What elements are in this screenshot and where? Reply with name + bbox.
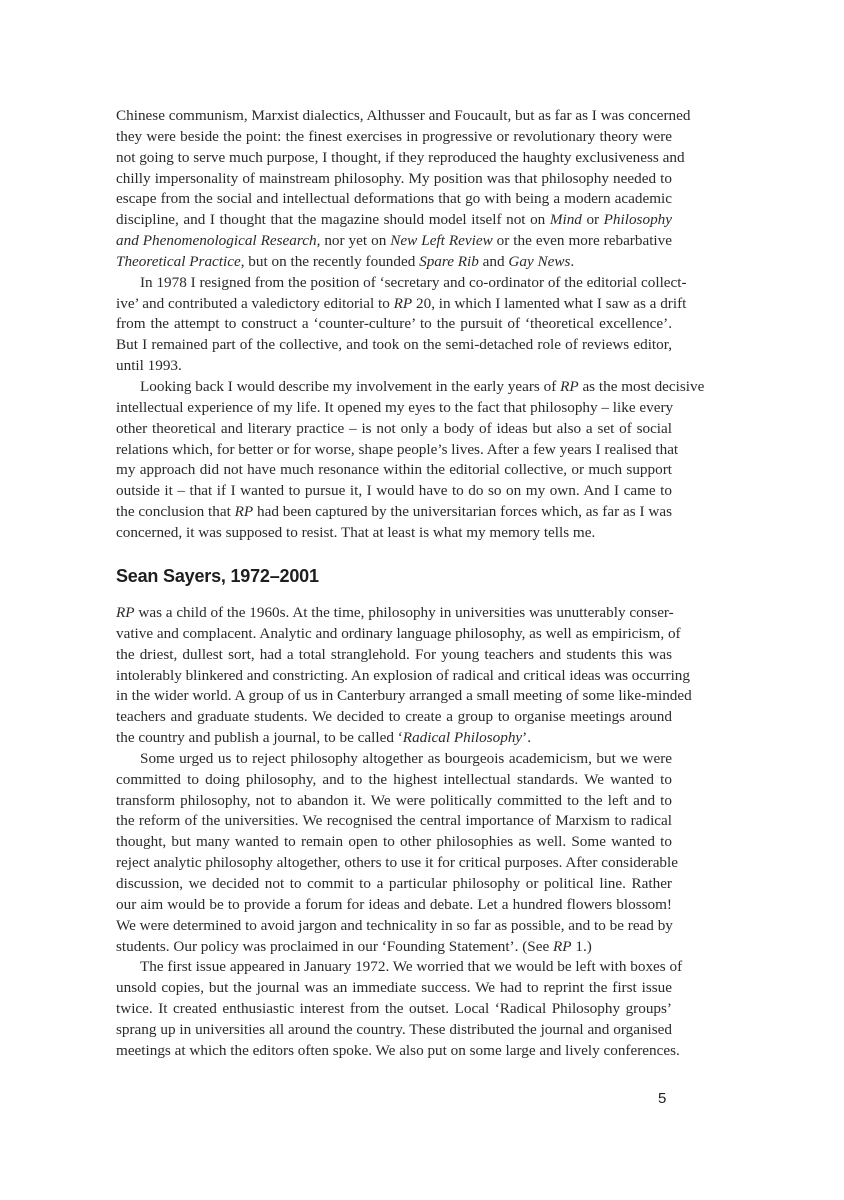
text-line: RP was a child of the 1960s. At the time…	[116, 603, 672, 624]
text-run: , nor yet on	[317, 232, 391, 249]
text-line: meetings at which the editors often spok…	[116, 1041, 672, 1062]
text-run: ive’ and contributed a valedictory edito…	[116, 295, 394, 312]
text-run: the reform of the universities. We recog…	[116, 812, 672, 829]
text-run: students. Our policy was proclaimed in o…	[116, 938, 553, 955]
text-line: in the wider world. A group of us in Can…	[116, 686, 672, 707]
text-run: intolerably blinkered and constricting. …	[116, 667, 690, 684]
text-line: discussion, we decided not to commit to …	[116, 874, 672, 895]
text-run: they were beside the point: the finest e…	[116, 128, 672, 145]
text-run: other theoretical and literary practice …	[116, 420, 672, 437]
body-text-lower: RP was a child of the 1960s. At the time…	[116, 603, 672, 1062]
text-run: Chinese communism, Marxist dialectics, A…	[116, 107, 690, 124]
text-line: the driest, dullest sort, had a total st…	[116, 645, 672, 666]
text-run: discipline, and I thought that the magaz…	[116, 211, 550, 228]
text-run: meetings at which the editors often spok…	[116, 1042, 680, 1059]
text-run: until 1993.	[116, 357, 182, 374]
text-line: our aim would be to provide a forum for …	[116, 895, 672, 916]
text-line: ive’ and contributed a valedictory edito…	[116, 294, 672, 315]
text-run: twice. It created enthusiastic interest …	[116, 1000, 672, 1017]
text-line: unsold copies, but the journal was an im…	[116, 978, 672, 999]
text-line: twice. It created enthusiastic interest …	[116, 999, 672, 1020]
text-run: committed to doing philosophy, and to th…	[116, 771, 672, 788]
text-run: intellectual experience of my life. It o…	[116, 399, 673, 416]
italic-text: Philosophy	[604, 211, 672, 228]
text-run: our aim would be to provide a forum for …	[116, 896, 672, 913]
text-run: had been captured by the universitarian …	[253, 503, 672, 520]
text-run: the driest, dullest sort, had a total st…	[116, 646, 672, 663]
text-line: intolerably blinkered and constricting. …	[116, 666, 672, 687]
text-line: they were beside the point: the finest e…	[116, 127, 672, 148]
text-run: 1.)	[572, 938, 592, 955]
text-run: from the attempt to construct a ‘counter…	[116, 315, 672, 332]
paragraph-para-some-urged: Some urged us to reject philosophy altog…	[116, 749, 672, 957]
text-run: was a child of the 1960s. At the time, p…	[135, 604, 674, 621]
text-line: We were determined to avoid jargon and t…	[116, 916, 672, 937]
italic-text: Gay News	[508, 253, 570, 270]
text-run: 20, in which I lamented what I saw as a …	[412, 295, 686, 312]
text-run: relations which, for better or for worse…	[116, 441, 678, 458]
page-number: 5	[658, 1090, 666, 1107]
text-run: teachers and graduate students. We decid…	[116, 708, 672, 725]
text-line: my approach did not have much resonance …	[116, 460, 672, 481]
text-line: reject analytic philosophy altogether, o…	[116, 853, 672, 874]
text-run: concerned, it was supposed to resist. Th…	[116, 524, 595, 541]
text-run: or	[582, 211, 604, 228]
text-line: outside it – that if I wanted to pursue …	[116, 481, 672, 502]
text-run: my approach did not have much resonance …	[116, 461, 672, 478]
text-line: and Phenomenological Research, nor yet o…	[116, 231, 672, 252]
italic-text: Spare Rib	[419, 253, 479, 270]
italic-text: Theoretical Practice	[116, 253, 241, 270]
italic-text: RP	[235, 503, 254, 520]
text-line: In 1978 I resigned from the position of …	[116, 273, 672, 294]
paragraph-para-looking-back: Looking back I would describe my involve…	[116, 377, 672, 544]
text-line: concerned, it was supposed to resist. Th…	[116, 523, 672, 544]
text-run: and	[479, 253, 509, 270]
text-run: discussion, we decided not to commit to …	[116, 875, 672, 892]
text-run: vative and complacent. Analytic and ordi…	[116, 625, 681, 642]
text-line: the reform of the universities. We recog…	[116, 811, 672, 832]
text-run: not going to serve much purpose, I thoug…	[116, 149, 685, 166]
document-page: Chinese communism, Marxist dialectics, A…	[0, 0, 844, 1200]
text-run: chilly impersonality of mainstream philo…	[116, 170, 672, 187]
text-line: relations which, for better or for worse…	[116, 440, 672, 461]
text-line: teachers and graduate students. We decid…	[116, 707, 672, 728]
text-line: from the attempt to construct a ‘counter…	[116, 314, 672, 335]
text-line: intellectual experience of my life. It o…	[116, 398, 672, 419]
text-line: sprang up in universities all around the…	[116, 1020, 672, 1041]
text-line: But I remained part of the collective, a…	[116, 335, 672, 356]
text-run: in the wider world. A group of us in Can…	[116, 687, 692, 704]
italic-text: RP	[553, 938, 572, 955]
text-run: In 1978 I resigned from the position of …	[140, 274, 687, 291]
text-run: Some urged us to reject philosophy altog…	[140, 750, 672, 767]
text-run: transform philosophy, not to abandon it.…	[116, 792, 672, 809]
text-run: as the most decisive	[579, 378, 705, 395]
text-line: vative and complacent. Analytic and ordi…	[116, 624, 672, 645]
paragraph-para-first-issue: The first issue appeared in January 1972…	[116, 957, 672, 1061]
italic-text: RP	[116, 604, 135, 621]
body-text-upper: Chinese communism, Marxist dialectics, A…	[116, 106, 672, 544]
text-line: committed to doing philosophy, and to th…	[116, 770, 672, 791]
italic-text: RP	[394, 295, 413, 312]
text-line: until 1993.	[116, 356, 672, 377]
italic-text: Radical Philosophy	[403, 729, 522, 746]
text-run: But I remained part of the collective, a…	[116, 336, 672, 353]
text-line: Looking back I would describe my involve…	[116, 377, 672, 398]
text-line: The first issue appeared in January 1972…	[116, 957, 672, 978]
text-run: sprang up in universities all around the…	[116, 1021, 672, 1038]
text-run: reject analytic philosophy altogether, o…	[116, 854, 678, 871]
text-run: or the even more rebarbative	[493, 232, 672, 249]
text-run: The first issue appeared in January 1972…	[140, 958, 682, 975]
text-run: unsold copies, but the journal was an im…	[116, 979, 672, 996]
text-run: escape from the social and intellectual …	[116, 190, 672, 207]
paragraph-para-1978: In 1978 I resigned from the position of …	[116, 273, 672, 377]
text-line: the conclusion that RP had been captured…	[116, 502, 672, 523]
text-line: discipline, and I thought that the magaz…	[116, 210, 672, 231]
text-run: , but on the recently founded	[241, 253, 419, 270]
text-run: outside it – that if I wanted to pursue …	[116, 482, 672, 499]
text-line: transform philosophy, not to abandon it.…	[116, 791, 672, 812]
text-line: the country and publish a journal, to be…	[116, 728, 672, 749]
paragraph-para-child-of-60s: RP was a child of the 1960s. At the time…	[116, 603, 672, 749]
italic-text: RP	[560, 378, 579, 395]
text-run: .	[570, 253, 574, 270]
italic-text: New Left Review	[390, 232, 492, 249]
paragraph-para-cont: Chinese communism, Marxist dialectics, A…	[116, 106, 672, 273]
text-line: Theoretical Practice, but on the recentl…	[116, 252, 672, 273]
text-line: escape from the social and intellectual …	[116, 189, 672, 210]
text-line: Chinese communism, Marxist dialectics, A…	[116, 106, 672, 127]
text-line: thought, but many wanted to remain open …	[116, 832, 672, 853]
text-run: Looking back I would describe my involve…	[140, 378, 560, 395]
text-line: students. Our policy was proclaimed in o…	[116, 937, 672, 958]
italic-text: Mind	[550, 211, 582, 228]
text-run: the conclusion that	[116, 503, 235, 520]
text-line: Some urged us to reject philosophy altog…	[116, 749, 672, 770]
text-line: other theoretical and literary practice …	[116, 419, 672, 440]
text-line: chilly impersonality of mainstream philo…	[116, 169, 672, 190]
text-run: the country and publish a journal, to be…	[116, 729, 403, 746]
text-line: not going to serve much purpose, I thoug…	[116, 148, 672, 169]
italic-text: and Phenomenological Research	[116, 232, 317, 249]
text-run: We were determined to avoid jargon and t…	[116, 917, 673, 934]
text-run: thought, but many wanted to remain open …	[116, 833, 672, 850]
section-heading: Sean Sayers, 1972–2001	[116, 566, 319, 587]
text-run: ’.	[522, 729, 531, 746]
